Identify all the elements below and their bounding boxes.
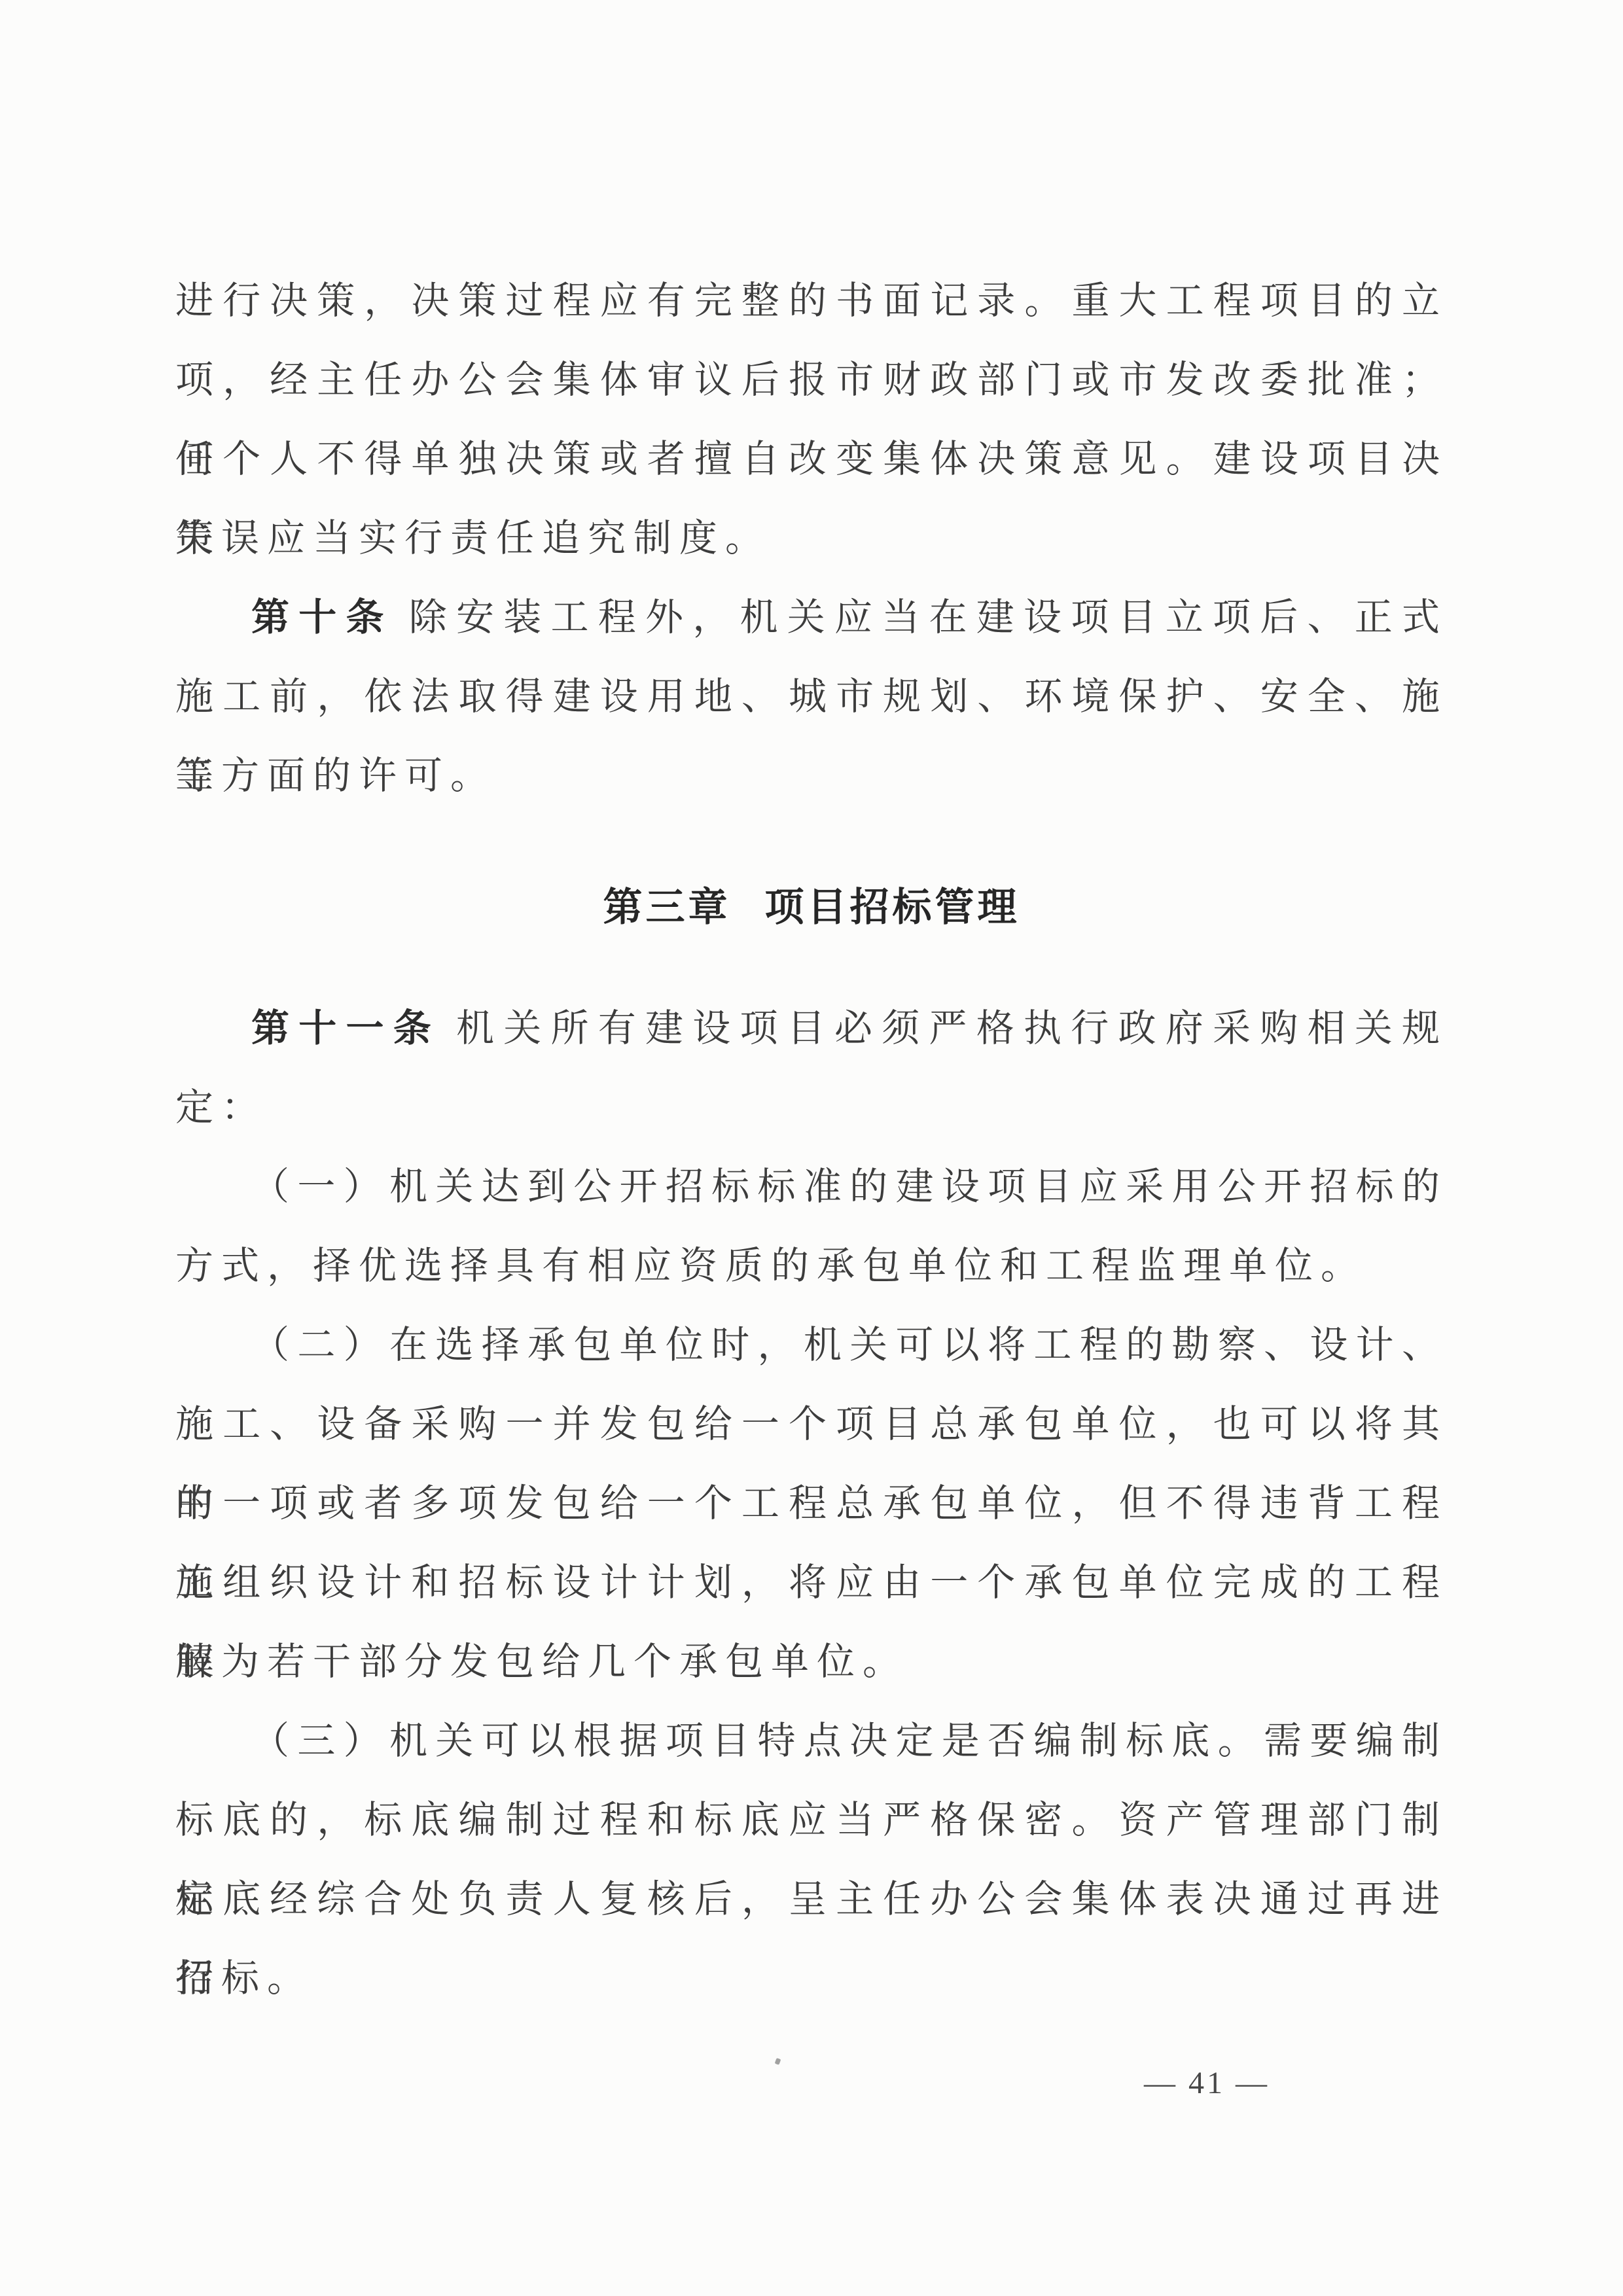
line-text: 机关所有建设项目必须严格执行政府采购相关规 [456,1007,1448,1050]
line-text: 招标。 [175,1957,313,2000]
text-line: 第十一条机关所有建设项目必须严格执行政府采购相关规 [175,989,1448,1068]
line-text: （一）机关达到公开招标标准的建设项目应采用公开招标的 [251,1165,1448,1208]
text-line: 等方面的许可。 [175,736,1448,815]
text-line: 的一项或者多项发包给一个工程总承包单位，但不得违背工程施 [175,1464,1448,1543]
text-line: 失误应当实行责任追究制度。 [175,499,1448,578]
text-line: （一）机关达到公开招标标准的建设项目应采用公开招标的 [175,1147,1448,1226]
document-page: 进行决策，决策过程应有完整的书面记录。重大工程项目的立项，经主任办公会集体审议后… [0,0,1623,2296]
article-number: 第十条 [251,596,393,639]
chapter-number: 第三章 [603,886,731,929]
line-text: 定： [175,1086,267,1129]
page-number: — 41 — [1144,2065,1270,2101]
line-text: 等方面的许可。 [175,754,496,797]
document-text-block: 进行决策，决策过程应有完整的书面记录。重大工程项目的立项，经主任办公会集体审议后… [175,261,1448,2018]
text-line: 标底的，标底编制过程和标底应当严格保密。资产管理部门制定 [175,1780,1448,1860]
text-line: 施工前，依法取得建设用地、城市规划、环境保护、安全、施工 [175,657,1448,736]
line-text: 项目招标管理 [765,886,1020,929]
text-line: 招标。 [175,1939,1448,2018]
line-text: 解为若干部分发包给几个承包单位。 [175,1640,908,1683]
line-text: 失误应当实行责任追究制度。 [175,517,771,559]
text-line: （二）在选择承包单位时，机关可以将工程的勘察、设计、 [175,1305,1448,1385]
article-number: 第十一条 [251,1007,440,1050]
line-text: 方式，择优选择具有相应资质的承包单位和工程监理单位。 [175,1245,1366,1287]
text-line: 进行决策，决策过程应有完整的书面记录。重大工程项目的立 [175,261,1448,340]
line-text: （三）机关可以根据项目特点决定是否编制标底。需要编制 [251,1720,1448,1762]
text-line: 解为若干部分发包给几个承包单位。 [175,1622,1448,1701]
line-text: 进行决策，决策过程应有完整的书面记录。重大工程项目的立 [175,279,1448,322]
text-line: 施工、设备采购一并发包给一个项目总承包单位，也可以将其中 [175,1385,1448,1464]
scan-speck [775,2058,781,2065]
text-line: 项，经主任办公会集体审议后报市财政部门或市发改委批准；任 [175,340,1448,419]
text-line: 方式，择优选择具有相应资质的承包单位和工程监理单位。 [175,1226,1448,1305]
text-line: 第十条除安装工程外，机关应当在建设项目立项后、正式 [175,578,1448,657]
chapter-heading: 第三章项目招标管理 [175,862,1448,953]
line-text: 除安装工程外，机关应当在建设项目立项后、正式 [409,596,1448,639]
text-line: 工组织设计和招标设计计划，将应由一个承包单位完成的工程肢 [175,1543,1448,1622]
line-text: （二）在选择承包单位时，机关可以将工程的勘察、设计、 [251,1324,1448,1366]
text-line: 何个人不得单独决策或者擅自改变集体决策意见。建设项目决策 [175,419,1448,499]
text-line: （三）机关可以根据项目特点决定是否编制标底。需要编制 [175,1701,1448,1780]
text-line: 定： [175,1068,1448,1147]
text-line: 标底经综合处负责人复核后，呈主任办公会集体表决通过再进行 [175,1860,1448,1939]
